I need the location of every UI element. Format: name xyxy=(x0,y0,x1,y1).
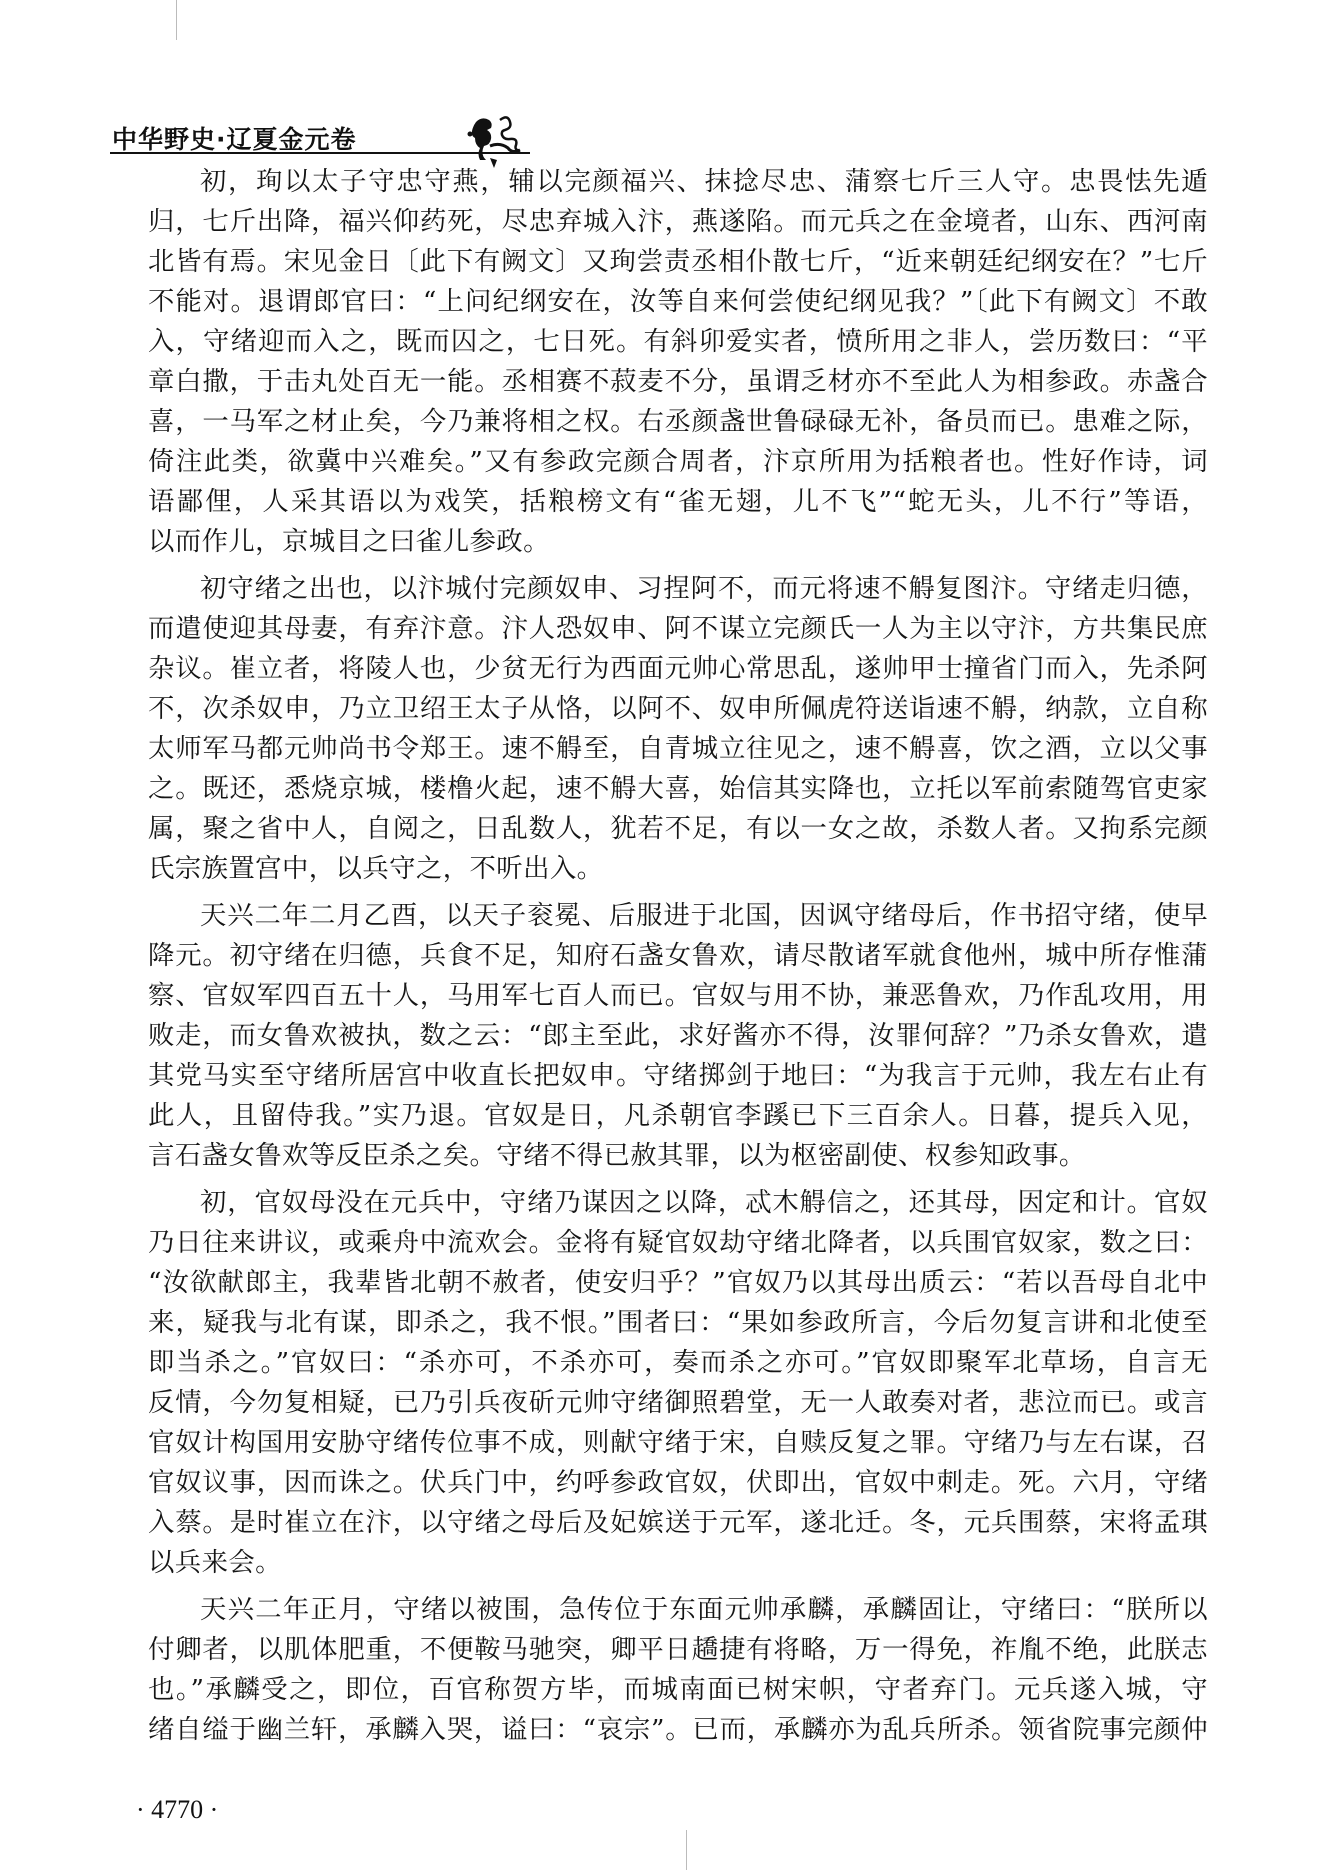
text-line: 来，疑我与北有谋，即杀之，我不恨。”围者曰：“果如参政所言，今后勿复言讲和北使至 xyxy=(148,1303,1208,1343)
text-line: 不能对。退谓郎官曰：“上问纪纲安在，汝等自来何尝使纪纲见我？”〔此下有阙文〕不敢 xyxy=(148,282,1208,322)
text-line: 入蔡。是时崔立在汴，以守绪之母后及妃嫔送于元军，遂北迁。冬，元兵围蔡，宋将孟琪 xyxy=(148,1503,1208,1543)
text-line: 属，聚之省中人，自阅之，日乱数人，犹若不足，有以一女之故，杀数人者。又拘系完颜 xyxy=(148,809,1208,849)
text-line: 官奴议事，因而诛之。伏兵门中，约呼参政官奴，伏即出，官奴中刺走。死。六月，守绪 xyxy=(148,1463,1208,1503)
text-line: 语鄙俚，人采其语以为戏笑，括粮榜文有“雀无翅，儿不飞”“蛇无头，儿不行”等语， xyxy=(148,482,1208,522)
text-line: 喜，一马军之材止矣，今乃兼将相之权。右丞颜盏世鲁碌碌无补，备员而已。患难之际， xyxy=(148,402,1208,442)
text-line: 天兴二年正月，守绪以被围，急传位于东面元帅承麟，承麟固让，守绪曰：“朕所以 xyxy=(148,1590,1208,1630)
text-line: 倚注此类，欲冀中兴难矣。”又有参政完颜合周者，汴京所用为括粮者也。性好作诗，词 xyxy=(148,442,1208,482)
running-header: 中华野史·辽夏金元卷 xyxy=(110,100,530,154)
text-line: 败走，而女鲁欢被执，数之云：“郎主至此，求好酱亦不得，汝罪何辞？”乃杀女鲁欢，遣 xyxy=(148,1016,1208,1056)
book-title: 中华野史·辽夏金元卷 xyxy=(112,120,357,156)
text-line: 章白撒，于击丸处百无一能。丞相赛不菽麦不分，虽谓乏材亦不至此人为相参政。赤盏合 xyxy=(148,362,1208,402)
text-line: 归，七斤出降，福兴仰药死，尽忠弃城入汴，燕遂陷。而元兵之在金境者，山东、西河南 xyxy=(148,202,1208,242)
paragraph-4: 初，官奴母没在元兵中，守绪乃谋因之以降，忒木䚟信之，还其母，因定和计。官奴 乃日… xyxy=(148,1183,1208,1583)
scan-artifact-line xyxy=(686,1830,687,1870)
text-line: 此人，且留侍我。”实乃退。官奴是日，凡杀朝官李蹊已下三百余人。日暮，提兵入见， xyxy=(148,1096,1208,1136)
text-line: 而遣使迎其母妻，有弃汴意。汴人恐奴申、阿不谋立完颜氏一人为主以守汴，方共集民庶 xyxy=(148,609,1208,649)
text-line: 以而作儿，京城目之曰雀儿参政。 xyxy=(148,522,1208,562)
text-line: 言石盏女鲁欢等反臣杀之矣。守绪不得已赦其罪，以为枢密副使、权参知政事。 xyxy=(148,1136,1208,1176)
text-line: 天兴二年二月乙酉，以天子衮冕、后服进于北国，因讽守绪母后，作书招守绪，使早 xyxy=(148,896,1208,936)
paragraph-3: 天兴二年二月乙酉，以天子衮冕、后服进于北国，因讽守绪母后，作书招守绪，使早 降元… xyxy=(148,896,1208,1176)
text-line: 入，守绪迎而入之，既而囚之，七日死。有斜卯爱实者，愤所用之非人，尝历数曰：“平 xyxy=(148,322,1208,362)
paragraph-2: 初守绪之出也，以汴城付完颜奴申、习捏阿不，而元将速不䚟复图汴。守绪走归德， 而遣… xyxy=(148,569,1208,889)
text-line: 官奴计构国用安胁守绪传位事不成，则献守绪于宋，自赎反复之罪。守绪乃与左右谋，召 xyxy=(148,1423,1208,1463)
text-line: 氏宗族置宫中，以兵守之，不听出入。 xyxy=(148,849,1208,889)
text-line: 降元。初守绪在归德，兵食不足，知府石盏女鲁欢，请尽散诸军就食他州，城中所存惟蒲 xyxy=(148,936,1208,976)
text-line: 太师军马都元帅尚书令郑王。速不䚟至，自青城立往见之，速不䚟喜，饮之酒，立以父事 xyxy=(148,729,1208,769)
text-line: 初守绪之出也，以汴城付完颜奴申、习捏阿不，而元将速不䚟复图汴。守绪走归德， xyxy=(148,569,1208,609)
text-line: 付卿者，以肌体肥重，不便鞍马驰突，卿平日趫捷有将略，万一得免，祚胤不绝，此朕志 xyxy=(148,1630,1208,1670)
text-line: 以兵来会。 xyxy=(148,1543,1208,1583)
text-line: 之。既还，悉烧京城，楼橹火起，速不䚟大喜，始信其实降也，立托以军前索随驾官吏家 xyxy=(148,769,1208,809)
paragraph-5: 天兴二年正月，守绪以被围，急传位于东面元帅承麟，承麟固让，守绪曰：“朕所以 付卿… xyxy=(148,1590,1208,1750)
scan-artifact-line xyxy=(176,0,177,40)
text-line: 其党马实至守绪所居宫中收直长把奴申。守绪掷剑于地曰：“为我言于元帅，我左右止有 xyxy=(148,1056,1208,1096)
paragraph-1: 初，珣以太子守忠守燕，辅以完颜福兴、抹捻尽忠、蒲察七斤三人守。忠畏怯先遁 归，七… xyxy=(148,162,1208,562)
text-line: 反情，今勿复相疑，已乃引兵夜斫元帅守绪御照碧堂，无一人敢奏对者，悲泣而已。或言 xyxy=(148,1383,1208,1423)
text-line: 杂议。崔立者，将陵人也，少贫无行为西面元帅心常思乱，遂帅甲士撞省门而入，先杀阿 xyxy=(148,649,1208,689)
text-line: 初，官奴母没在元兵中，守绪乃谋因之以降，忒木䚟信之，还其母，因定和计。官奴 xyxy=(148,1183,1208,1223)
text-line: 不，次杀奴申，乃立卫绍王太子从恪，以阿不、奴申所佩虎符送诣速不䚟，纳款，立自称 xyxy=(148,689,1208,729)
text-line: 乃日往来讲议，或乘舟中流欢会。金将有疑官奴劫守绪北降者，以兵围官奴家，数之曰： xyxy=(148,1223,1208,1263)
page-number: · 4770 · xyxy=(136,1795,218,1825)
text-line: 察、官奴军四百五十人，马用军七百人而已。官奴与用不协，兼恶鲁欢，乃作乱攻用，用 xyxy=(148,976,1208,1016)
text-line: 初，珣以太子守忠守燕，辅以完颜福兴、抹捻尽忠、蒲察七斤三人守。忠畏怯先遁 xyxy=(148,162,1208,202)
text-line: “汝欲献郎主，我辈皆北朝不赦者，使安归乎？”官奴乃以其母出质云：“若以吾母自北中 xyxy=(148,1263,1208,1303)
text-line: 也。”承麟受之，即位，百官称贺方毕，而城南面已树宋帜，守者弃门。元兵遂入城，守 xyxy=(148,1670,1208,1710)
text-line: 即当杀之。”官奴曰：“杀亦可，不杀亦可，奏而杀之亦可。”官奴即聚军北草场，自言无 xyxy=(148,1343,1208,1383)
text-line: 北皆有焉。宋见金日〔此下有阙文〕又珣尝责丞相仆散七斤，“近来朝廷纪纲安在？”七斤 xyxy=(148,242,1208,282)
text-line: 绪自缢于幽兰轩，承麟入哭，谥曰：“哀宗”。已而，承麟亦为乱兵所杀。领省院事完颜仲 xyxy=(148,1710,1208,1750)
page-body: 初，珣以太子守忠守燕，辅以完颜福兴、抹捻尽忠、蒲察七斤三人守。忠畏怯先遁 归，七… xyxy=(148,162,1208,1757)
